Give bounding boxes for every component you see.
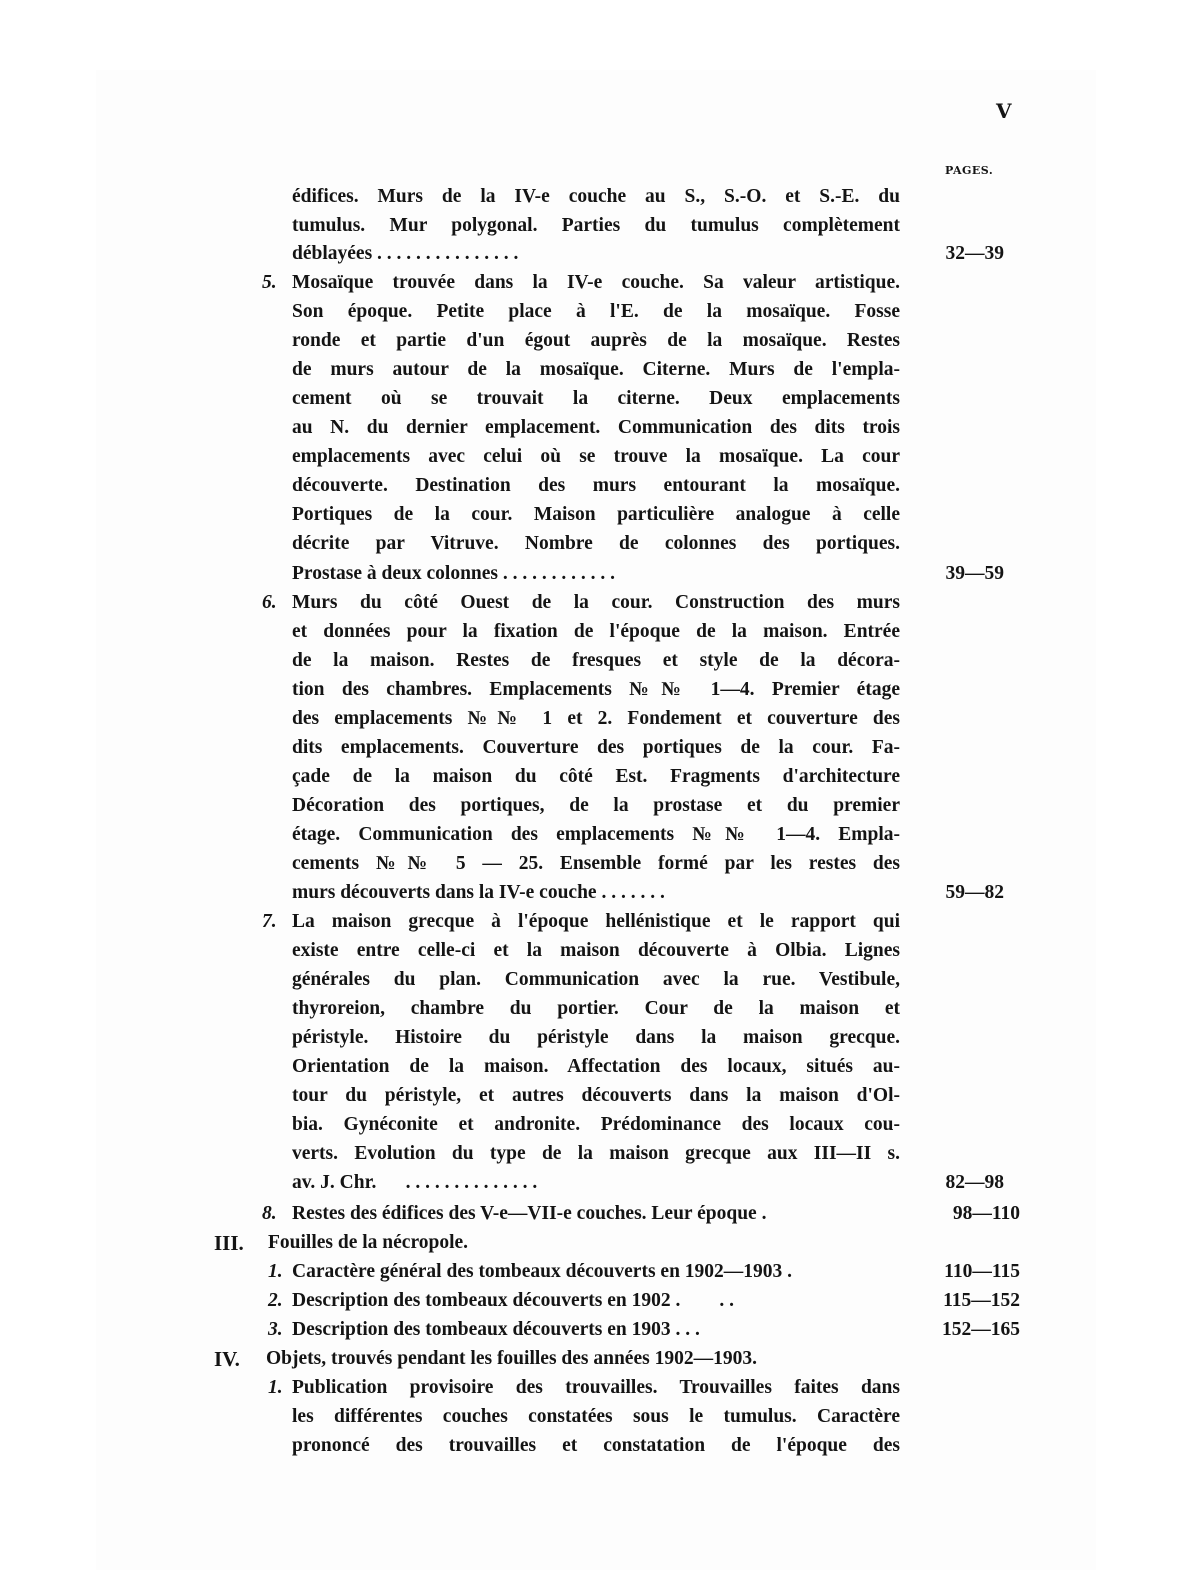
toc-line: cement où se trouvait la citerne. Deux e… — [292, 385, 900, 413]
entry-number: 7. — [262, 908, 277, 936]
toc-line: Portiques de la cour. Maison particulièr… — [292, 501, 900, 529]
toc-line: Caractère général des tombeaux découvert… — [292, 1258, 792, 1286]
toc-line: Décoration des portiques, de la prostase… — [292, 792, 900, 820]
section-numeral: III. — [214, 1229, 244, 1257]
entry-number: 6. — [262, 589, 277, 617]
section-numeral: IV. — [214, 1345, 240, 1373]
toc-line: Description des tombeaux découverts en 1… — [292, 1316, 700, 1344]
document-page: V PAGES. édifices. Murs de la IV-e couch… — [0, 0, 1191, 1588]
toc-line: et données pour la fixation de l'époque … — [292, 618, 900, 646]
entry-number: 1. — [268, 1374, 283, 1402]
toc-line: tion des chambres. Emplacements №№ 1—4. … — [292, 676, 900, 704]
toc-line: verts. Evolution du type de la maison gr… — [292, 1140, 900, 1168]
toc-line: thyroreion, chambre du portier. Cour de … — [292, 995, 900, 1023]
toc-line: prononcé des trouvailles et constatation… — [292, 1432, 900, 1460]
toc-line: étage. Communication des emplacements №№… — [292, 821, 900, 849]
toc-line: Description des tombeaux découverts en 1… — [292, 1287, 734, 1315]
toc-line: Mosaïque trouvée dans la IV-e couche. Sa… — [292, 269, 900, 297]
toc-page-range: 32—39 — [920, 240, 1004, 268]
pages-column-header: PAGES. — [945, 164, 993, 177]
toc-line: péristyle. Histoire du péristyle dans la… — [292, 1024, 900, 1052]
toc-line: les différentes couches constatées sous … — [292, 1403, 900, 1431]
toc-line: La maison grecque à l'époque hellénistiq… — [292, 908, 900, 936]
toc-line: découverte. Destination des murs entoura… — [292, 472, 900, 500]
toc-line: cements №№ 5 — 25. Ensemble formé par le… — [292, 850, 900, 878]
section-title: Objets, trouvés pendant les fouilles des… — [266, 1345, 757, 1373]
toc-line: Murs du côté Ouest de la cour. Construct… — [292, 589, 900, 617]
toc-page-range: 98—110 — [920, 1200, 1020, 1228]
entry-number: 1. — [268, 1258, 283, 1286]
toc-line: au N. du dernier emplacement. Communicat… — [292, 414, 900, 442]
toc-page-range: 59—82 — [920, 879, 1004, 907]
toc-line: tumulus. Mur polygonal. Parties du tumul… — [292, 212, 900, 240]
toc-line: çade de la maison du côté Est. Fragments… — [292, 763, 900, 791]
toc-line: Prostase à deux colonnes . . . . . . . .… — [292, 560, 900, 588]
toc-line: tour du péristyle, et autres découverts … — [292, 1082, 900, 1110]
toc-line: dits emplacements. Couverture des portiq… — [292, 734, 900, 762]
toc-page-range: 110—115 — [920, 1258, 1020, 1286]
toc-page-range: 115—152 — [920, 1287, 1020, 1315]
entry-number: 3. — [268, 1316, 283, 1344]
toc-line: générales du plan. Communication avec la… — [292, 966, 900, 994]
toc-line: emplacements avec celui où se trouve la … — [292, 443, 900, 471]
toc-line: bia. Gynéconite et andronite. Prédominan… — [292, 1111, 900, 1139]
toc-line: des emplacements №№ 1 et 2. Fondement et… — [292, 705, 900, 733]
entry-number: 5. — [262, 269, 277, 297]
toc-line: déblayées . . . . . . . . . . . . . . . — [292, 240, 900, 268]
section-title: Fouilles de la nécropole. — [268, 1229, 468, 1257]
toc-line: av. J. Chr. . . . . . . . . . . . . . . — [292, 1169, 900, 1197]
toc-line: de murs autour de la mosaïque. Citerne. … — [292, 356, 900, 384]
toc-line: Restes des édifices des V-e—VII-e couche… — [292, 1200, 900, 1228]
page-number-folio: V — [996, 99, 1012, 123]
toc-page-range: 152—165 — [920, 1316, 1020, 1344]
entry-number: 2. — [268, 1287, 283, 1315]
toc-line: Orientation de la maison. Affectation de… — [292, 1053, 900, 1081]
toc-line: Son époque. Petite place à l'E. de la mo… — [292, 298, 900, 326]
toc-line: existe entre celle-ci et la maison décou… — [292, 937, 900, 965]
toc-page-range: 39—59 — [920, 560, 1004, 588]
toc-line: Publication provisoire des trouvailles. … — [292, 1374, 900, 1402]
toc-line: de la maison. Restes de fresques et styl… — [292, 647, 900, 675]
toc-page-range: 82—98 — [920, 1169, 1004, 1197]
toc-line: décrite par Vitruve. Nombre de colonnes … — [292, 530, 900, 558]
toc-line: murs découverts dans la IV-e couche . . … — [292, 879, 900, 907]
entry-number: 8. — [262, 1200, 277, 1228]
toc-line: édifices. Murs de la IV-e couche au S., … — [292, 183, 900, 211]
toc-line: ronde et partie d'un égout auprès de la … — [292, 327, 900, 355]
